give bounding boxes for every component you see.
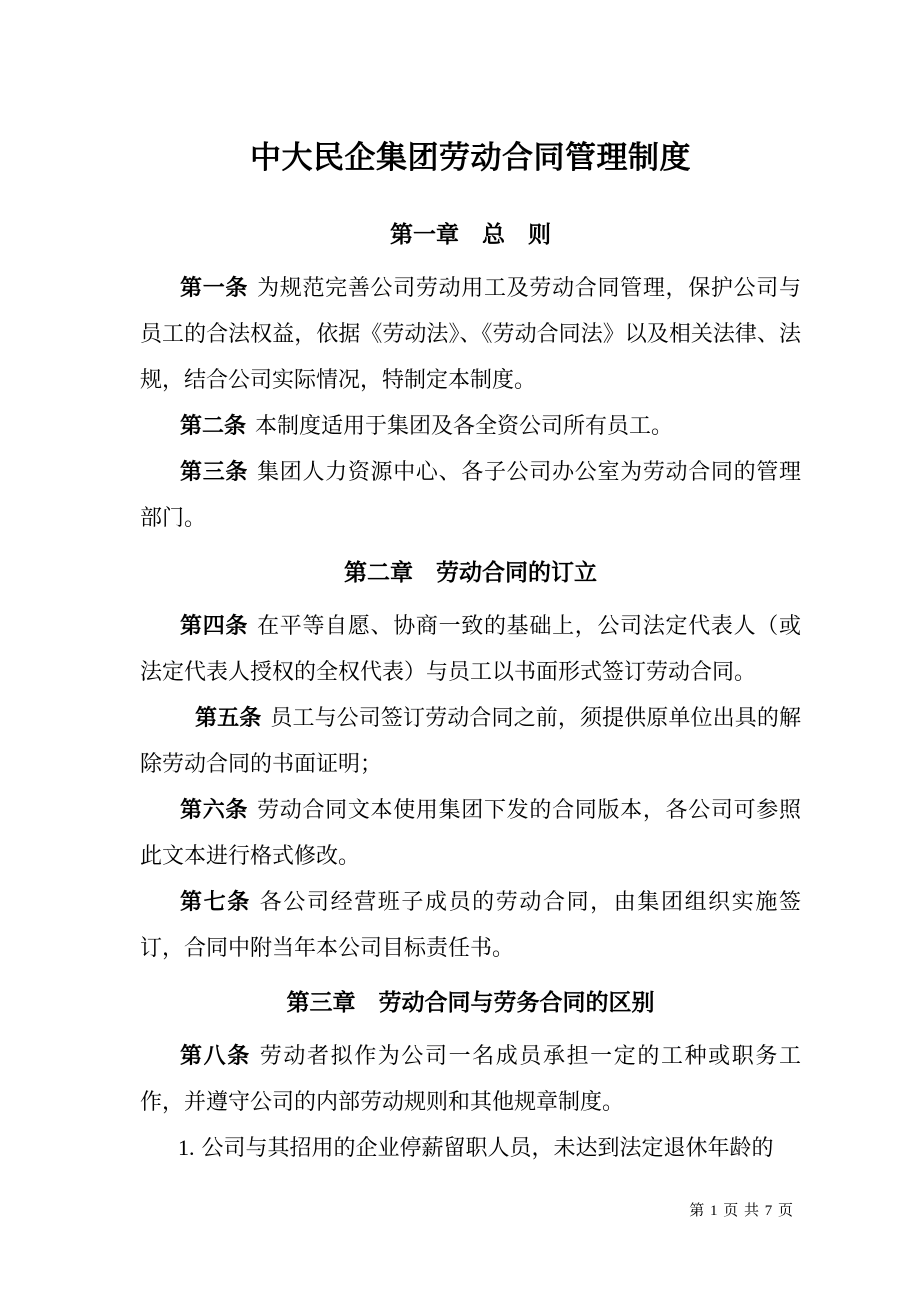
page-footer: 第 1 页 共 7 页: [689, 1200, 794, 1222]
numbered-item-1-number: 1.: [178, 1135, 195, 1160]
article-4-paragraph: 第四条在平等自愿、协商一致的基础上，公司法定代表人（或法定代表人授权的全权代表）…: [140, 603, 801, 695]
article-4-label: 第四条: [180, 613, 248, 638]
numbered-item-1: 1.公司与其招用的企业停薪留职人员，未达到法定退休年龄的: [140, 1125, 801, 1171]
article-7-label: 第七条: [180, 889, 251, 914]
article-2-text: 本制度适用于集团及各全资公司所有员工。: [255, 413, 673, 438]
article-1-label: 第一条: [180, 275, 248, 300]
article-3-paragraph: 第三条集团人力资源中心、各子公司办公室为劳动合同的管理部门。: [140, 449, 801, 541]
article-5-label: 第五条: [195, 705, 261, 730]
article-2-label: 第二条: [180, 413, 246, 438]
article-6-label: 第六条: [180, 797, 248, 822]
chapter-2-heading: 第二章 劳动合同的订立: [140, 549, 801, 595]
article-1-paragraph: 第一条为规范完善公司劳动用工及劳动合同管理，保护公司与员工的合法权益，依据《劳动…: [140, 265, 801, 403]
document-title: 中大民企集团劳动合同管理制度: [140, 135, 801, 181]
article-8-label: 第八条: [180, 1043, 251, 1068]
chapter-1-heading: 第一章 总 则: [140, 211, 801, 257]
article-3-label: 第三条: [180, 459, 248, 484]
article-2-paragraph: 第二条本制度适用于集团及各全资公司所有员工。: [140, 403, 801, 449]
article-8-paragraph: 第八条劳动者拟作为公司一名成员承担一定的工种或职务工作，并遵守公司的内部劳动规则…: [140, 1033, 801, 1125]
article-5-paragraph: 第五条员工与公司签订劳动合同之前，须提供原单位出具的解除劳动合同的书面证明；: [140, 695, 801, 787]
document-content: 中大民企集团劳动合同管理制度 第一章 总 则 第一条为规范完善公司劳动用工及劳动…: [0, 0, 920, 1171]
chapter-3-heading: 第三章 劳动合同与劳务合同的区别: [140, 979, 801, 1025]
article-7-paragraph: 第七条各公司经营班子成员的劳动合同，由集团组织实施签订，合同中附当年本公司目标责…: [140, 879, 801, 971]
article-6-paragraph: 第六条劳动合同文本使用集团下发的合同版本，各公司可参照此文本进行格式修改。: [140, 787, 801, 879]
numbered-item-1-text: 公司与其招用的企业停薪留职人员，未达到法定退休年龄的: [202, 1135, 774, 1160]
document-page: 中大民企集团劳动合同管理制度 第一章 总 则 第一条为规范完善公司劳动用工及劳动…: [0, 0, 920, 1302]
